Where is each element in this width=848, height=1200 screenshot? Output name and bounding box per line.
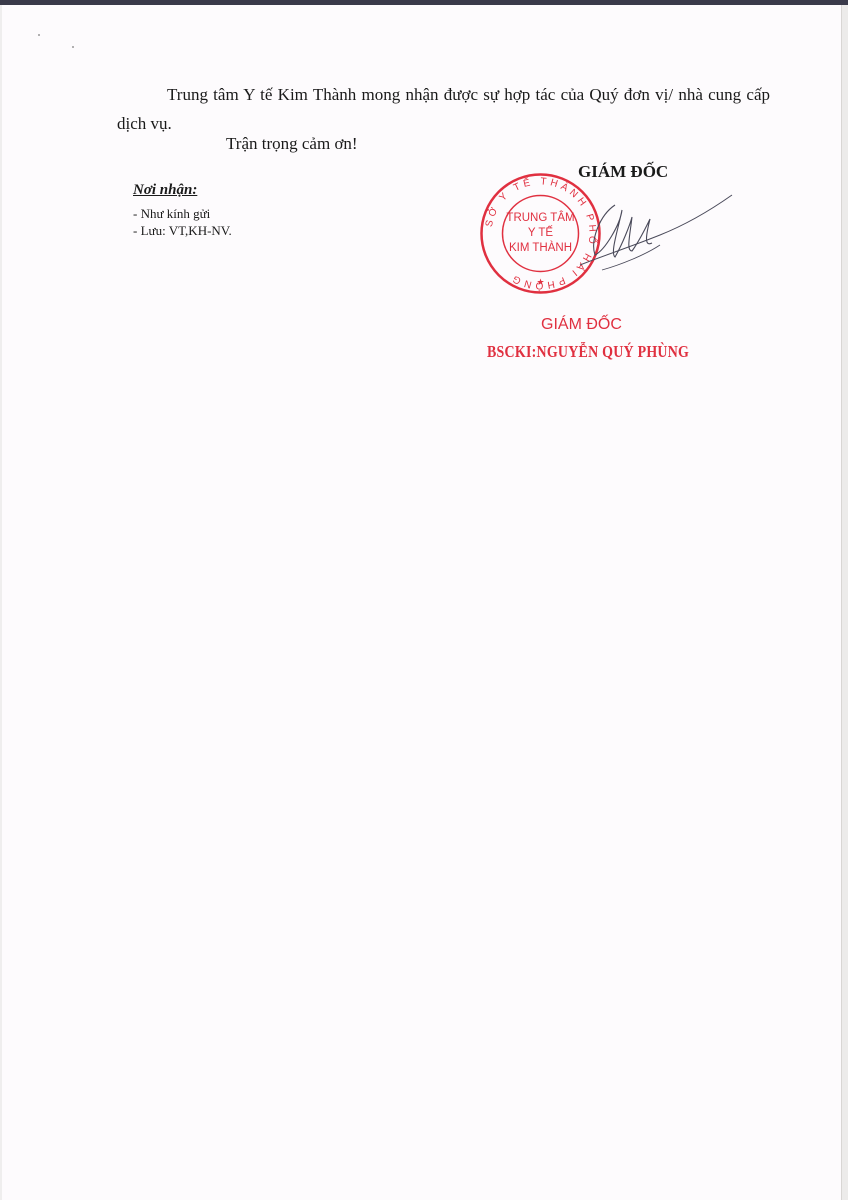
thanks-line: Trận trọng cảm ơn! [226,134,358,154]
stamp-star-icon: ★ [536,277,544,287]
signer-name: BSCKI:NGUYỄN QUÝ PHÙNG [487,342,689,362]
handwritten-signature-icon [560,185,740,275]
scan-left-edge [0,5,2,1200]
recipients-title: Nơi nhận: [133,182,232,199]
scan-right-edge [841,5,848,1200]
recipient-item: - Như kính gửi [133,205,232,222]
scan-speck [72,46,74,48]
stamp-center-line: Y TẾ [528,226,553,239]
recipients-block: Nơi nhận: - Như kính gửi - Lưu: VT,KH-NV… [133,182,232,239]
recipient-item: - Lưu: VT,KH-NV. [133,222,232,239]
stamp-title: GIÁM ĐỐC [541,316,622,334]
closing-paragraph: Trung tâm Y tế Kim Thành mong nhận được … [117,80,770,138]
scan-speck [38,34,40,36]
scan-top-border [0,0,848,5]
